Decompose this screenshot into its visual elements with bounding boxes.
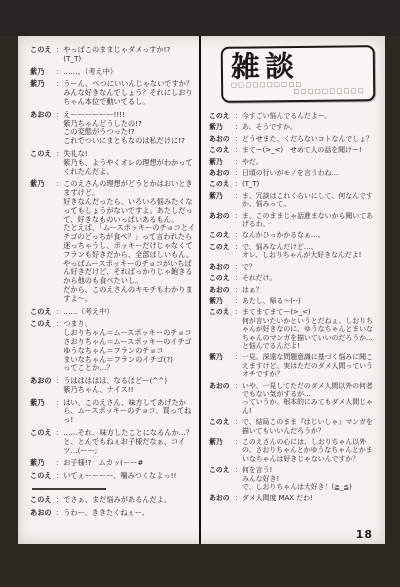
dialogue-entry: 紫乃：あ、そうですか。	[209, 123, 379, 131]
dialogue-entry: このえ：何を言う! みんな好き! で、しおりちゃんは大好き！(≧_≦)	[209, 466, 379, 491]
dialogue-text: なんかひっかかるなぁ…。	[242, 231, 379, 239]
title-decoration-row2: □□□□□□□□□□	[231, 87, 365, 95]
speaker-name: あおの	[209, 494, 235, 502]
speaker-name: このえ	[30, 472, 56, 481]
dialogue-text: まてー(>_<) せめて人の話を聞けー!	[242, 146, 379, 154]
speaker-name: このえ	[30, 320, 56, 329]
speaker-name: このえ	[209, 231, 235, 239]
speaker-colon: ：	[235, 158, 242, 166]
speaker-colon: ：	[56, 377, 63, 386]
speaker-name: このえ	[209, 418, 235, 426]
speaker-colon: ：	[235, 146, 242, 154]
dialogue-entry: このえ：で、悩みなんだけど…、 オレ、しおりちゃんが大好きなんだよ!	[209, 243, 379, 260]
speaker-name: 紫乃	[209, 123, 235, 131]
dialogue-entry: 紫乃：一見、深遠な問題意識に基づく悩みに聞こえますけど、実はただのダメ人間ってい…	[209, 353, 379, 378]
dialogue-entry: このえ：でさぁ、まだ悩みがあるんだよ。	[30, 496, 198, 505]
speaker-colon: ：	[235, 494, 242, 502]
speaker-colon: ：	[56, 459, 63, 468]
dialogue-text: 失礼な! 紫乃も、ようやくオレの理想がわかってくれたんだよ。	[63, 150, 198, 176]
speaker-name: あおの	[209, 135, 235, 143]
dialogue-entry: 紫乃：うーん、べつにいいんじゃないですか？ みんな好きなんでしょう？それにしおり…	[30, 80, 198, 106]
scan-border: このえ：やっぱこのままじゃダメっすか!? (T_T)紫乃：……。（考え中）紫乃：…	[0, 0, 400, 587]
dialogue-entry: このえ：まてー(>_<) せめて人の話を聞けー!	[209, 146, 379, 154]
speaker-colon: ：	[56, 80, 63, 89]
speaker-colon: ：	[235, 180, 242, 188]
speaker-name: このえ	[30, 150, 56, 159]
dialogue-entry: あおの：えーーーーーー!!!! 紫乃ちゃんどうしたの!? この変態がうつった!?…	[30, 111, 198, 146]
speaker-name: このえ	[30, 496, 56, 505]
dialogue-text: で？	[242, 263, 379, 271]
dialogue-text: つまり、 しおりちゃん＝ムースポッキーのチョコ さおりちゃん＝ムースポッキーのイ…	[63, 320, 198, 373]
dialogue-text: お子様!? ムカッ(ーー#	[63, 459, 198, 468]
dialogue-entry: 紫乃：はい、このえさん、味方してあげたから、ムースポッキーのチョコ、買ってねっ!	[30, 399, 198, 425]
dialogue-entry: このえ：まてまてまてー(>_<) 何が言いたいかというとだねぇ、しおりちゃんが好…	[209, 308, 379, 350]
dialogue-entry: 紫乃：このえさんの理想がどうとかはおいときますけど。 好きなんだったら、いろいろ…	[30, 180, 198, 303]
dialogue-text: ……。（考え中）	[63, 68, 198, 77]
speaker-colon: ：	[56, 429, 63, 438]
dialogue-text: やっぱこのままじゃダメっすか!? (T_T)	[63, 46, 198, 64]
dialogue-entry: あおの：ダメ人間度 MAX だわ!	[209, 494, 379, 502]
speaker-name: このえ	[209, 180, 235, 188]
dialogue-text: 今すごい悩んでるんだよー。	[242, 112, 379, 120]
speaker-colon: ：	[56, 509, 63, 518]
speaker-colon: ：	[235, 192, 242, 200]
page-number: 18	[356, 528, 373, 541]
dialogue-entry: 紫乃：お子様!? ムカッ(ーー#	[30, 459, 198, 468]
speaker-name: このえ	[209, 308, 235, 316]
dialogue-entry: あおの：はぁ？	[209, 286, 379, 294]
speaker-name: 紫乃	[209, 158, 235, 166]
dialogue-text: で、悩みなんだけど…、 オレ、しおりちゃんが大好きなんだよ!	[242, 243, 379, 260]
speaker-colon: ：	[235, 466, 242, 474]
speaker-name: このえ	[209, 146, 235, 154]
dialogue-entry: 紫乃：あたし、帰る～(--)	[209, 297, 379, 305]
dialogue-entry: このえ：……（考え中）	[30, 308, 198, 317]
speaker-name: 紫乃	[209, 192, 235, 200]
dialogue-text: ……それ、味方したことになるんか…？ と、とんでもねぇお子様だなぁ、コイツ…(ー…	[63, 429, 198, 455]
speaker-name: このえ	[209, 274, 235, 282]
dialogue-entry: あおの：うわー、ききたくねぇー。	[30, 509, 198, 518]
speaker-name: あおの	[209, 286, 235, 294]
speaker-name: 紫乃	[209, 353, 235, 361]
dialogue-entry: このえ：で、結局このまま『はじいしゃ』マンガを描いてもいいんだろうか？	[209, 418, 379, 435]
dialogue-entry: 紫乃：やだ。	[209, 158, 379, 166]
speaker-colon: ：	[235, 123, 242, 131]
dialogue-text: うわー、ききたくねぇー。	[63, 509, 198, 518]
speaker-name: このえ	[209, 466, 235, 474]
speaker-name: このえ	[209, 243, 235, 251]
speaker-colon: ：	[56, 320, 63, 329]
dialogue-entry: 紫乃：このえさんの心には、しおりちゃん以外の、さおりちゃんとかゆうなちゃんとかま…	[209, 438, 379, 463]
speaker-colon: ：	[235, 297, 242, 305]
speaker-name: このえ	[209, 112, 235, 120]
dialogue-entry: このえ：なんかひっかかるなぁ…。	[209, 231, 379, 239]
speaker-name: 紫乃	[30, 459, 56, 468]
speaker-colon: ：	[56, 150, 63, 159]
dialogue-text: (T_T)	[242, 180, 379, 188]
dialogue-text: うははははは、なるほどー(^^) 紫乃ちゃん、ナイス!!	[63, 377, 198, 395]
dialogue-text: はい、このえさん、味方してあげたから、ムースポッキーのチョコ、買ってねっ!	[63, 399, 198, 425]
dialogue-text: あ、そうですか。	[242, 123, 379, 131]
speaker-name: 紫乃	[209, 438, 235, 446]
dialogue-text: このえさんの理想がどうとかはおいときますけど。 好きなんだったら、いろいろ悩みた…	[63, 180, 198, 303]
dialogue-entry: あおの：日頃の行いがモノを言うわね…	[209, 169, 379, 177]
speaker-colon: ：	[235, 382, 242, 390]
speaker-colon: ：	[56, 308, 63, 317]
speaker-name: このえ	[30, 46, 56, 55]
doujinshi-page: このえ：やっぱこのままじゃダメっすか!? (T_T)紫乃：……。（考え中）紫乃：…	[18, 36, 385, 544]
dialogue-entry: 紫乃：ま、冗談はこれくらいにして、何なんですか、悩みって。	[209, 192, 379, 209]
dialogue-entry: このえ：いてぇーーーー、噛みつくなよっ!!	[30, 472, 198, 481]
column-divider-line	[199, 36, 201, 544]
speaker-name: このえ	[30, 429, 56, 438]
dialogue-text: で、結局このまま『はじいしゃ』マンガを描いてもいいんだろうか？	[242, 418, 379, 435]
speaker-colon: ：	[235, 418, 242, 426]
speaker-name: あおの	[209, 169, 235, 177]
speaker-colon: ：	[56, 496, 63, 505]
dialogue-text: ま、冗談はこれくらいにして、何なんですか、悩みって。	[242, 192, 379, 209]
dialogue-entry: このえ：今すごい悩んでるんだよー。	[209, 112, 379, 120]
dialogue-text: やだ。	[242, 158, 379, 166]
speaker-colon: ：	[56, 46, 63, 55]
dialogue-text: えーーーーーー!!!! 紫乃ちゃんどうしたの!? この変態がうつった!? これで…	[63, 111, 198, 146]
speaker-colon: ：	[235, 263, 242, 271]
speaker-colon: ：	[235, 243, 242, 251]
left-column: このえ：やっぱこのままじゃダメっすか!? (T_T)紫乃：……。（考え中）紫乃：…	[30, 36, 198, 544]
dialogue-text: いや、一見してただのダメ人間以外の何者でもない気がするが… っていうか、根本的に…	[242, 382, 379, 416]
speaker-colon: ：	[235, 212, 242, 220]
dialogue-entry: あおの：いや、一見してただのダメ人間以外の何者でもない気がするが… っていうか、…	[209, 382, 379, 416]
speaker-name: あおの	[209, 263, 235, 271]
dialogue-text: ダメ人間度 MAX だわ!	[242, 494, 379, 502]
speaker-name: あおの	[30, 111, 56, 120]
dialogue-text: 日頃の行いがモノを言うわね…	[242, 169, 379, 177]
speaker-colon: ：	[56, 68, 63, 77]
dialogue-text: はぁ？	[242, 286, 379, 294]
dialogue-text: ……（考え中）	[63, 308, 198, 317]
speaker-colon: ：	[235, 274, 242, 282]
dialogue-text: いてぇーーーー、噛みつくなよっ!!	[63, 472, 198, 481]
dialogue-text: どうせまた、くだらないコトなんでしょ？	[242, 135, 379, 143]
speaker-colon: ：	[235, 308, 242, 316]
speaker-colon: ：	[235, 353, 242, 361]
speaker-colon: ：	[235, 112, 242, 120]
speaker-name: あおの	[30, 377, 56, 386]
dialogue-text: 何を言う! みんな好き! で、しおりちゃんは大好き！(≧_≦)	[242, 466, 379, 491]
speaker-colon: ：	[235, 231, 242, 239]
speaker-name: 紫乃	[209, 297, 235, 305]
dialogue-entry: このえ：それだけ。	[209, 274, 379, 282]
dialogue-text: うーん、べつにいいんじゃないですか？ みんな好きなんでしょう？それにしおりちゃん…	[63, 80, 198, 106]
speaker-colon: ：	[235, 135, 242, 143]
speaker-name: あおの	[30, 509, 56, 518]
speaker-colon: ：	[56, 472, 63, 481]
speaker-name: 紫乃	[30, 180, 56, 189]
dialogue-text: まてまてまてー(>_<) 何が言いたいかというとだねぇ、しおりちゃんが好きなのに…	[242, 308, 379, 350]
dialogue-entry: 紫乃：……。（考え中）	[30, 68, 198, 77]
title-box: 雑談 □□□□□□□□□□ □□□□□□□□□□	[221, 45, 376, 103]
dialogue-entry: あおの：うははははは、なるほどー(^^) 紫乃ちゃん、ナイス!!	[30, 377, 198, 395]
dialogue-entry: このえ：やっぱこのままじゃダメっすか!? (T_T)	[30, 46, 198, 64]
left-footer-dialogue-list: このえ：でさぁ、まだ悩みがあるんだよ。あおの：うわー、ききたくねぇー。	[30, 496, 198, 518]
left-dialogue-list: このえ：やっぱこのままじゃダメっすか!? (T_T)紫乃：……。（考え中）紫乃：…	[30, 46, 198, 481]
speaker-colon: ：	[235, 438, 242, 446]
right-dialogue-list: このえ：今すごい悩んでるんだよー。紫乃：あ、そうですか。あおの：どうせまた、くだ…	[209, 112, 379, 503]
dialogue-text: でさぁ、まだ悩みがあるんだよ。	[63, 496, 198, 505]
speaker-name: このえ	[30, 308, 56, 317]
speaker-name: 紫乃	[30, 399, 56, 408]
speaker-colon: ：	[56, 180, 63, 189]
dialogue-entry: このえ：失礼な! 紫乃も、ようやくオレの理想がわかってくれたんだよ。	[30, 150, 198, 176]
dialogue-entry: このえ：(T_T)	[209, 180, 379, 188]
dialogue-entry: このえ：つまり、 しおりちゃん＝ムースポッキーのチョコ さおりちゃん＝ムースポッ…	[30, 320, 198, 373]
dialogue-entry: あおの：どうせまた、くだらないコトなんでしょ？	[209, 135, 379, 143]
dialogue-entry: このえ：……それ、味方したことになるんか…？ と、とんでもねぇお子様だなぁ、コイ…	[30, 429, 198, 455]
dialogue-entry: あおの：で？	[209, 263, 379, 271]
page-title: 雑談	[231, 50, 365, 81]
dialogue-text: 一見、深遠な問題意識に基づく悩みに聞こえますけど、実はただのダメ人間っていうオチ…	[242, 353, 379, 378]
speaker-colon: ：	[56, 111, 63, 120]
speaker-colon: ：	[235, 169, 242, 177]
dialogue-text: それだけ。	[242, 274, 379, 282]
dialogue-text: あたし、帰る～(--)	[242, 297, 379, 305]
dialogue-text: ま、このままじゃ話進まないから聞いてあげるわ。	[242, 212, 379, 229]
dialogue-entry: あおの：ま、このままじゃ話進まないから聞いてあげるわ。	[209, 212, 379, 229]
speaker-name: あおの	[209, 212, 235, 220]
dialogue-text: このえさんの心には、しおりちゃん以外の、さおりちゃんとかゆうなちゃんとかまいなち…	[242, 438, 379, 463]
section-divider-line	[32, 488, 106, 490]
speaker-colon: ：	[56, 399, 63, 408]
speaker-name: 紫乃	[30, 80, 56, 89]
speaker-name: あおの	[209, 382, 235, 390]
speaker-colon: ：	[235, 286, 242, 294]
right-column: 雑談 □□□□□□□□□□ □□□□□□□□□□ このえ：今すごい悩んでるんだよ…	[209, 36, 379, 544]
speaker-name: 紫乃	[30, 68, 56, 77]
